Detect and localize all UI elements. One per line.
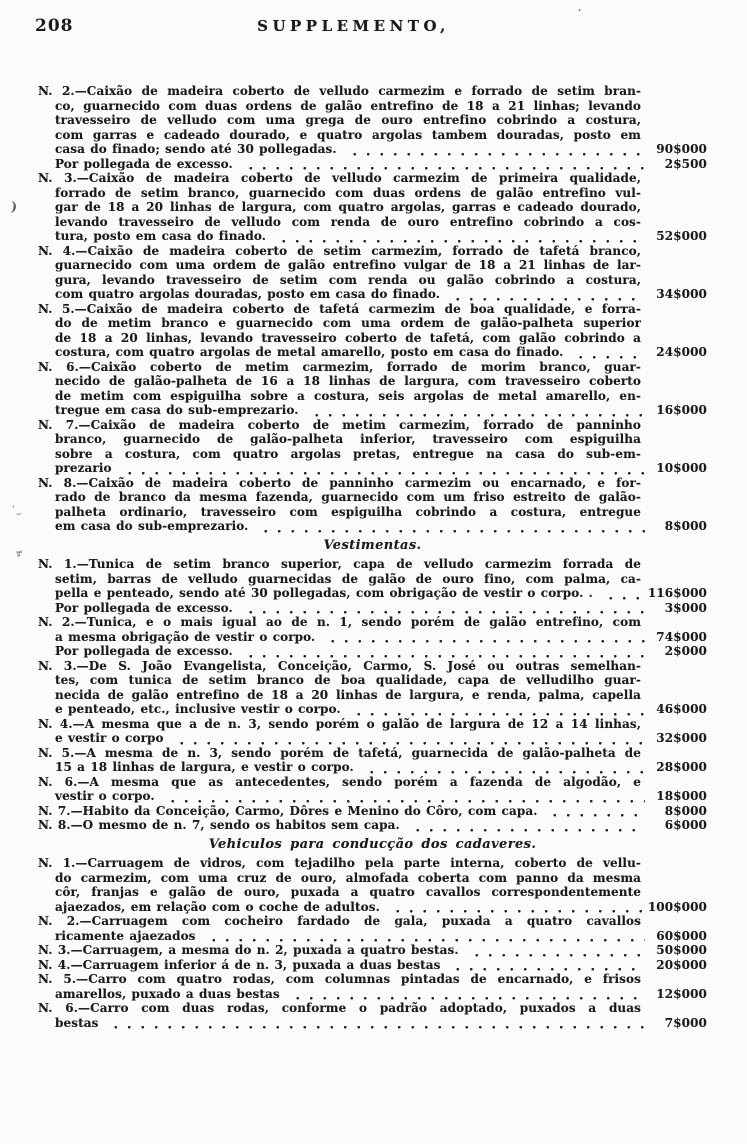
priced-line: tura, posto em casa do finado.52$000 (38, 229, 707, 244)
dot-leader (546, 804, 645, 819)
list-item: N. 7.—Caixão de madeira coberto de metim… (38, 418, 707, 476)
priced-line: prezario10$000 (38, 461, 707, 476)
item-line: gar de 18 a 20 linhas de largura, com qu… (38, 200, 707, 215)
item-line: N. 5.—Caixão de madeira coberto de tafet… (38, 302, 707, 317)
item-line: palheta ordinario, travesseiro com espig… (38, 505, 707, 520)
priced-line: N. 8.—O mesmo de n. 7, sendo os habitos … (38, 818, 707, 833)
item-text: com quatro argolas douradas, posto em ca… (55, 287, 440, 302)
priced-line: bestas7$000 (38, 1016, 707, 1031)
item-text: bestas (55, 1016, 98, 1031)
priced-line: a mesma obrigação de vestir o corpo.74$0… (38, 630, 707, 645)
price-value: 28$000 (651, 760, 707, 775)
item-line: côr, franjas e galão de ouro, puxada a q… (38, 885, 707, 900)
list-item: N. 3.—Caixão de madeira coberto de vellu… (38, 171, 707, 244)
item-line: tes, com tunica de setim branco de boa q… (38, 673, 707, 688)
list-item: N. 6.—A mesma que as antecedentes, sendo… (38, 775, 707, 804)
priced-line: N. 3.—Carruagem, a mesma do n. 2, puxada… (38, 943, 707, 958)
item-text: N. 3.—Carruagem, a mesma do n. 2, puxada… (38, 943, 459, 958)
dot-leader (275, 229, 645, 244)
price-value: 46$000 (651, 702, 707, 717)
list-item: N. 2.—Caixão de madeira coberto de vellu… (38, 84, 707, 171)
item-line: do de metim branco e guarnecido com uma … (38, 316, 707, 331)
priced-line: Por pollegada de excesso.2$500 (38, 157, 707, 172)
priced-line: e penteado, etc., inclusive vestir o cor… (38, 702, 707, 717)
item-text: ricamente ajaezados (55, 929, 196, 944)
item-line: forrado de setim branco, guarnecido com … (38, 186, 707, 201)
item-line: N. 6.—A mesma que as antecedentes, sendo… (38, 775, 707, 790)
scan-artifact: ь (13, 549, 25, 558)
item-line: N. 2.—Caixão de madeira coberto de vellu… (38, 84, 707, 99)
item-line: rado de branco da mesma fazenda, guarnec… (38, 490, 707, 505)
dot-leader (389, 900, 642, 915)
item-text: 15 a 18 linhas de largura, e vestir o co… (55, 760, 354, 775)
dot-leader (107, 1016, 645, 1031)
priced-line: Por pollegada de excesso.2$000 (38, 644, 707, 659)
price-value: 52$000 (651, 229, 707, 244)
item-text: casa do finado; sendo até 30 pollegadas. (55, 142, 337, 157)
list-item: N. 8.—Caixão de madeira coberto de panni… (38, 476, 707, 534)
item-line: necida de galão entrefino de 18 a 20 lin… (38, 688, 707, 703)
price-list: N. 2.—Caixão de madeira coberto de vellu… (38, 84, 707, 1030)
list-item: N. 2.—Tunica, e o mais igual ao de n. 1,… (38, 615, 707, 659)
item-text: tura, posto em casa do finado. (55, 229, 266, 244)
dot-leader (242, 157, 645, 172)
item-text: vestir o corpo. (55, 789, 155, 804)
priced-line: ricamente ajaezados60$000 (38, 929, 707, 944)
page-title: SUPPLEMENTO, (0, 17, 707, 35)
dot-leader (257, 519, 645, 534)
dot-leader (164, 789, 645, 804)
item-text: e penteado, etc., inclusive vestir o cor… (55, 702, 341, 717)
item-text: Por pollegada de excesso. (55, 601, 233, 616)
item-line: setim, barras de velludo guarnecidas de … (38, 572, 707, 587)
item-line: N. 1.—Carruagem de vidros, com tejadilho… (38, 856, 707, 871)
item-line: N. 6.—Caixão coberto de metim carmezim, … (38, 360, 707, 375)
price-value: 116$000 (648, 586, 707, 601)
list-item: N. 5.—Carro com quatro rodas, com column… (38, 972, 707, 1001)
dot-leader (324, 630, 645, 645)
priced-line: Por pollegada de excesso.3$000 (38, 601, 707, 616)
price-value: 12$000 (651, 987, 707, 1002)
dot-leader (449, 958, 645, 973)
dot-leader (449, 287, 645, 302)
list-item: N. 6.—Carro com duas rodas, conforme o p… (38, 1001, 707, 1030)
price-value: 8$000 (651, 519, 707, 534)
list-item: N. 1.—Carruagem de vidros, com tejadilho… (38, 856, 707, 914)
item-text: prezario (55, 461, 112, 476)
item-line: co, guarnecido com duas ordens de galão … (38, 99, 707, 114)
item-line: N. 8.—Caixão de madeira coberto de panni… (38, 476, 707, 491)
list-item: N. 4.—Caixão de madeira coberto de setim… (38, 244, 707, 302)
item-text: a mesma obrigação de vestir o corpo. (55, 630, 315, 645)
priced-line: 15 a 18 linhas de largura, e vestir o co… (38, 760, 707, 775)
priced-line: casa do finado; sendo até 30 pollegadas.… (38, 142, 707, 157)
list-item: N. 5.—A mesma de n. 3, sendo porém de ta… (38, 746, 707, 775)
list-item: N. 4.—A mesma que a de n. 3, sendo porém… (38, 717, 707, 746)
dot-leader (363, 760, 645, 775)
list-item: N. 3.—Carruagem, a mesma do n. 2, puxada… (38, 943, 707, 958)
list-item: N. 4.—Carruagem inferior á de n. 3, puxa… (38, 958, 707, 973)
item-line: guarnecido com uma ordem de galão entref… (38, 258, 707, 273)
price-value: 90$000 (651, 142, 707, 157)
price-value: 60$000 (651, 929, 707, 944)
priced-line: em casa do sub-emprezario.8$000 (38, 519, 707, 534)
item-line: de 18 a 20 linhas, levando travesseiro c… (38, 331, 707, 346)
item-line: N. 2.—Carruagem com cocheiro fardado de … (38, 914, 707, 929)
item-text: Por pollegada de excesso. (55, 644, 233, 659)
item-line: N. 7.—Caixão de madeira coberto de metim… (38, 418, 707, 433)
priced-line: com quatro argolas douradas, posto em ca… (38, 287, 707, 302)
list-item: N. 2.—Carruagem com cocheiro fardado de … (38, 914, 707, 943)
item-line: N. 6.—Carro com duas rodas, conforme o p… (38, 1001, 707, 1016)
item-line: N. 5.—A mesma de n. 3, sendo porém de ta… (38, 746, 707, 761)
section-heading: Vestimentas. (38, 539, 707, 554)
item-line: N. 4.—A mesma que a de n. 3, sendo porém… (38, 717, 707, 732)
priced-line: tregue em casa do sub-emprezario.16$000 (38, 403, 707, 418)
item-line: necido de galão-palheta de 16 a 18 linha… (38, 374, 707, 389)
price-value: 18$000 (651, 789, 707, 804)
item-line: levando travesseiro de velludo com renda… (38, 215, 707, 230)
item-text: Por pollegada de excesso. (55, 157, 233, 172)
item-line: sobre a costura, com quatro argolas pret… (38, 447, 707, 462)
dot-leader (121, 461, 645, 476)
item-text: costura, com quatro argolas de metal ama… (55, 345, 563, 360)
priced-line: vestir o corpo.18$000 (38, 789, 707, 804)
priced-line: pella e penteado, sendo até 30 pollegada… (38, 586, 707, 601)
price-value: 2$000 (651, 644, 707, 659)
price-value: 7$000 (651, 1016, 707, 1031)
dot-leader (308, 403, 645, 418)
price-value: 50$000 (651, 943, 707, 958)
item-line: N. 4.—Caixão de madeira coberto de setim… (38, 244, 707, 259)
price-value: 16$000 (651, 403, 707, 418)
price-value: 74$000 (651, 630, 707, 645)
list-item: N. 8.—O mesmo de n. 7, sendo os habitos … (38, 818, 707, 833)
priced-line: ajaezados, em relação com o coche de adu… (38, 900, 707, 915)
list-item: N. 6.—Caixão coberto de metim carmezim, … (38, 360, 707, 418)
dot-leader (173, 731, 645, 746)
price-value: 3$000 (651, 601, 707, 616)
item-text: e vestir o corpo (55, 731, 164, 746)
item-line: travesseiro de velludo com uma grega de … (38, 113, 707, 128)
dot-leader (572, 345, 645, 360)
item-text: em casa do sub-emprezario. (55, 519, 248, 534)
item-line: branco, guarnecido de galão-palheta infe… (38, 432, 707, 447)
price-value: 20$000 (651, 958, 707, 973)
dot-leader (242, 601, 645, 616)
list-item: N. 3.—De S. João Evangelista, Conceição,… (38, 659, 707, 717)
item-text: amarellos, puxado a duas bestas (55, 987, 280, 1002)
item-line: do carmezim, com uma cruz de ouro, almof… (38, 871, 707, 886)
price-value: 34$000 (651, 287, 707, 302)
item-line: N. 2.—Tunica, e o mais igual ao de n. 1,… (38, 615, 707, 630)
price-value: 2$500 (651, 157, 707, 172)
document-page: 208 SUPPLEMENTO, N. 2.—Caixão de madeira… (0, 0, 747, 1144)
price-value: 8$000 (651, 804, 707, 819)
list-item: N. 1.—Tunica de setim branco superior, c… (38, 557, 707, 615)
price-value: 100$000 (648, 900, 707, 915)
list-item: N. 5.—Caixão de madeira coberto de tafet… (38, 302, 707, 360)
item-line: com garras e cadeado dourado, e quatro a… (38, 128, 707, 143)
dot-leader (289, 987, 645, 1002)
item-text: tregue em casa do sub-emprezario. (55, 403, 299, 418)
dot-leader (602, 586, 642, 601)
list-item: N. 7.—Habito da Conceição, Carmo, Dôres … (38, 804, 707, 819)
price-value: 32$000 (651, 731, 707, 746)
page-header: 208 SUPPLEMENTO, (0, 16, 747, 40)
item-line: gura, levando travesseiro de setim com r… (38, 273, 707, 288)
priced-line: N. 4.—Carruagem inferior á de n. 3, puxa… (38, 958, 707, 973)
price-value: 24$000 (651, 345, 707, 360)
dot-leader (346, 142, 645, 157)
item-text: N. 8.—O mesmo de n. 7, sendo os habitos … (38, 818, 400, 833)
item-line: N. 5.—Carro com quatro rodas, com column… (38, 972, 707, 987)
dot-leader (242, 644, 645, 659)
item-line: de metim com espiguilha sobre a costura,… (38, 389, 707, 404)
dot-leader (409, 818, 645, 833)
dot-leader (350, 702, 645, 717)
priced-line: e vestir o corpo32$000 (38, 731, 707, 746)
item-text: N. 4.—Carruagem inferior á de n. 3, puxa… (38, 958, 440, 973)
scan-artifact: . (578, 4, 581, 14)
item-text: N. 7.—Habito da Conceição, Carmo, Dôres … (38, 804, 537, 819)
dot-leader (205, 929, 645, 944)
priced-line: costura, com quatro argolas de metal ama… (38, 345, 707, 360)
item-text: ajaezados, em relação com o coche de adu… (55, 900, 380, 915)
item-text: pella e penteado, sendo até 30 pollegada… (55, 586, 593, 601)
item-line: N. 3.—Caixão de madeira coberto de vellu… (38, 171, 707, 186)
priced-line: amarellos, puxado a duas bestas12$000 (38, 987, 707, 1002)
priced-line: N. 7.—Habito da Conceição, Carmo, Dôres … (38, 804, 707, 819)
scan-artifact: ʹ˽ (12, 504, 21, 516)
dot-leader (468, 943, 645, 958)
price-value: 10$000 (651, 461, 707, 476)
item-line: N. 3.—De S. João Evangelista, Conceição,… (38, 659, 707, 674)
scan-artifact: ) (10, 200, 18, 216)
section-heading: Vehiculos para conducção dos cadaveres. (38, 838, 707, 853)
item-line: N. 1.—Tunica de setim branco superior, c… (38, 557, 707, 572)
price-value: 6$000 (651, 818, 707, 833)
